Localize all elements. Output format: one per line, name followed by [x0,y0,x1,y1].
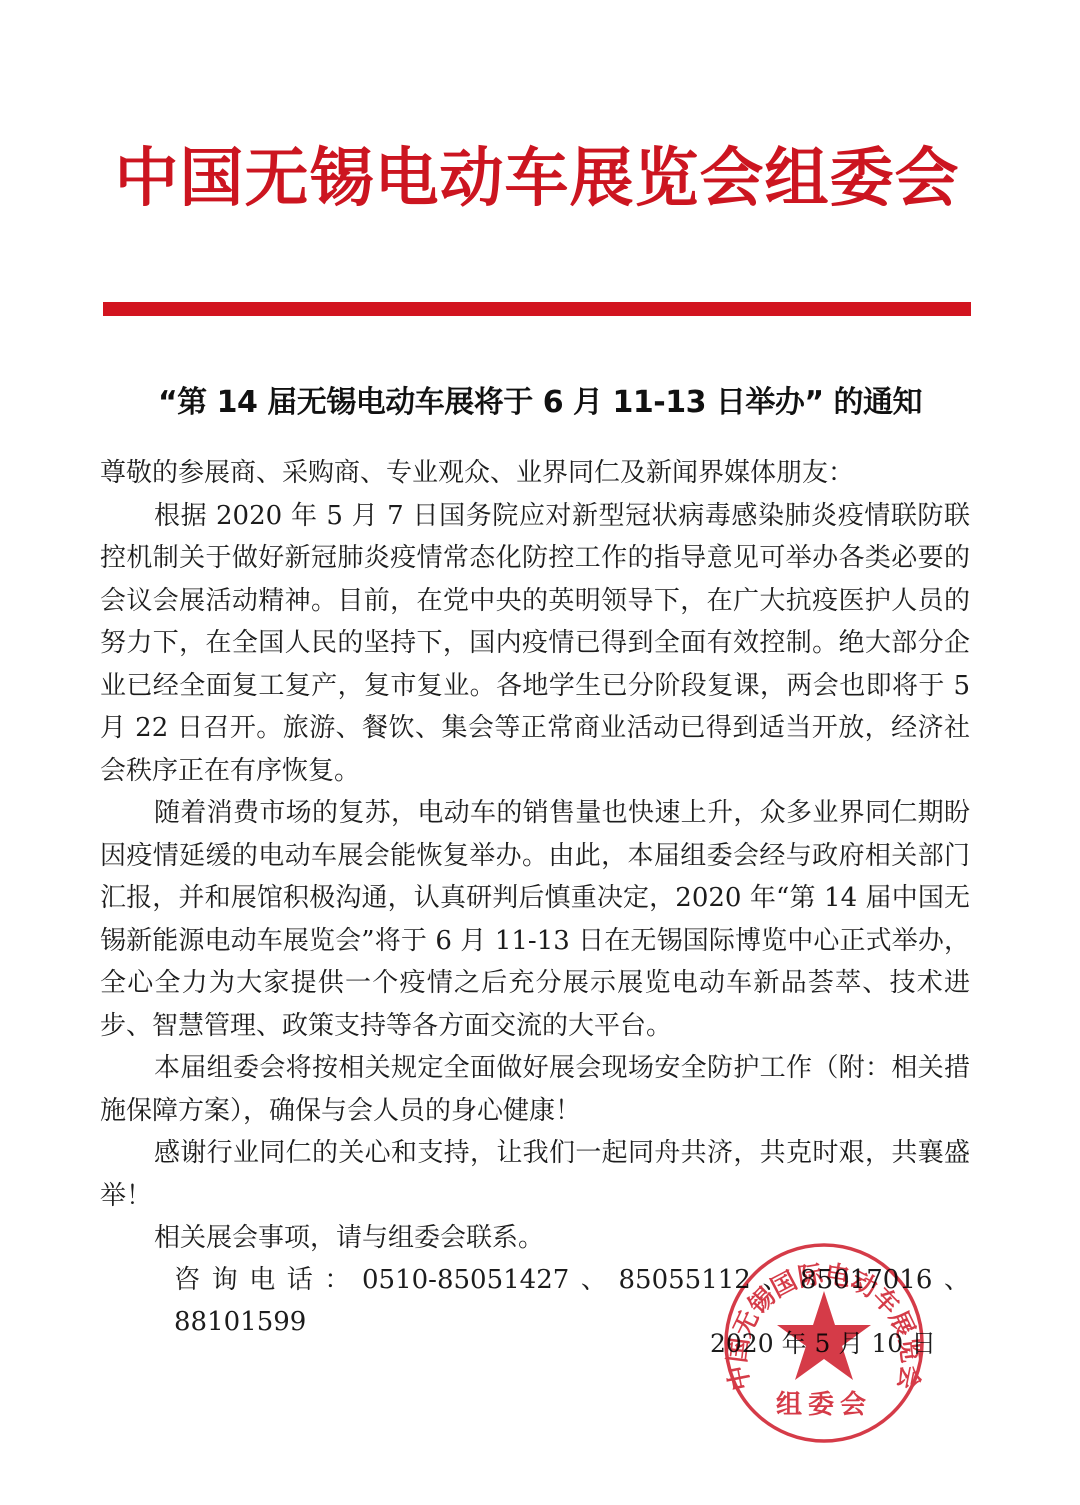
hotline-label: 咨询电话： [174,1265,362,1295]
official-seal: 中国无锡国际电动车展览会 组委会 [722,1241,926,1445]
seal-bottom-text: 组委会 [776,1390,872,1420]
notice-body: 尊敬的参展商、采购商、专业观众、业界同仁及新闻界媒体朋友： 根据 2020 年 … [100,452,970,1344]
letterhead-organization: 中国无锡电动车展览会组委会 [103,138,971,220]
paragraph-thanks: 感谢行业同仁的关心和支持，让我们一起同舟共济，共克时艰，共襄盛举！ [100,1132,970,1217]
paragraph-decision: 随着消费市场的复苏，电动车的销售量也快速上升，众多业界同仁期盼因疫情延缓的电动车… [100,792,970,1047]
paragraph-safety: 本届组委会将按相关规定全面做好展会现场安全防护工作（附：相关措施保障方案），确保… [100,1047,970,1132]
paragraph-background: 根据 2020 年 5 月 7 日国务院应对新型冠状病毒感染肺炎疫情联防联控机制… [100,495,970,793]
letterhead-red-rule [103,302,971,316]
notice-title: “第 14 届无锡电动车展将于 6 月 11-13 日举办” 的通知 [100,378,980,428]
salutation: 尊敬的参展商、采购商、专业观众、业界同仁及新闻界媒体朋友： [100,452,970,495]
star-icon [777,1291,871,1380]
